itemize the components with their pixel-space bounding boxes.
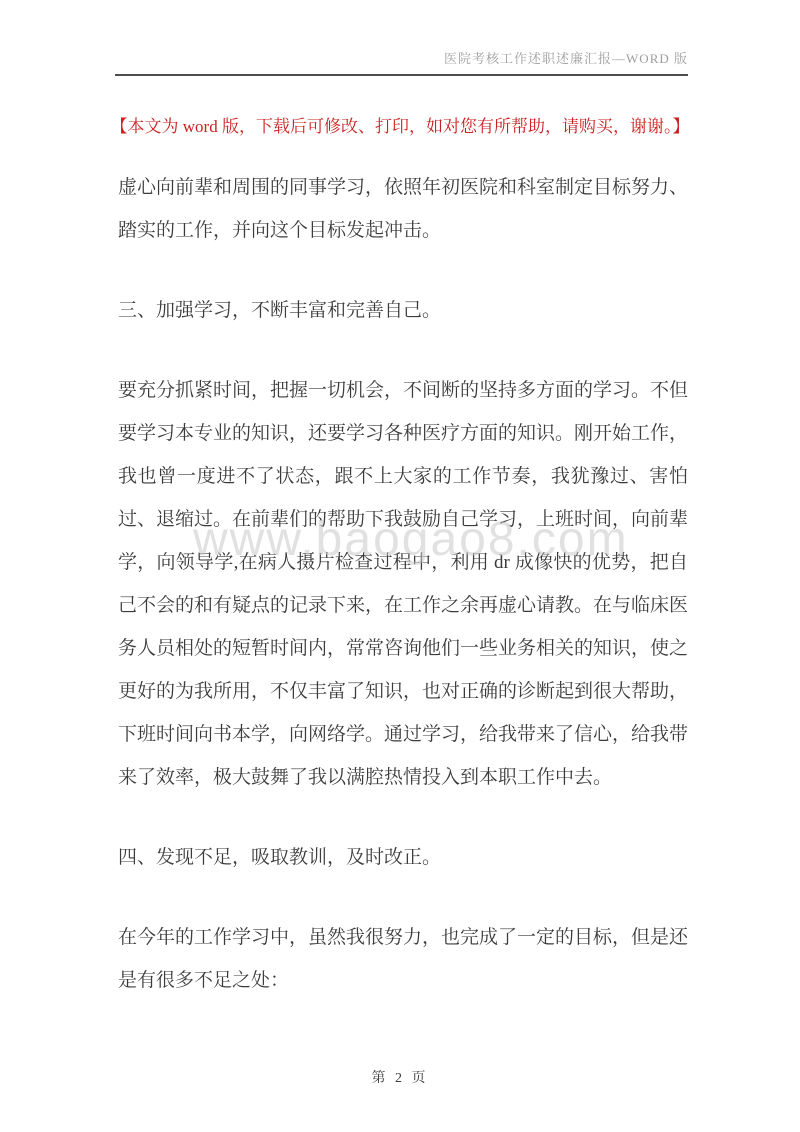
document-body: 虚心向前辈和周围的同事学习，依照年初医院和科室制定目标努力、踏实的工作，并向这个… [118,166,688,1039]
document-page: 医院考核工作述职述廉汇报—WORD 版 【本文为 word 版，下载后可修改、打… [0,0,800,1132]
copyright-notice: 【本文为 word 版，下载后可修改、打印，如对您有所帮助，请购买，谢谢。】 [100,112,700,137]
paragraph-shortcomings: 在今年的工作学习中，虽然我很努力，也完成了一定的目标，但是还是有很多不足之处： [118,916,688,1002]
page-number: 第 2 页 [372,1071,429,1086]
section-heading-four: 四、发现不足，吸取教训，及时改正。 [118,836,688,879]
page-header: 医院考核工作述职述廉汇报—WORD 版 [115,48,688,76]
header-title: 医院考核工作述职述廉汇报—WORD 版 [444,51,688,66]
page-footer: 第 2 页 [0,1067,800,1087]
paragraph-learning: 要充分抓紧时间，把握一切机会，不间断的坚持多方面的学习。不但要学习本专业的知识，… [118,369,688,799]
section-heading-three: 三、加强学习，不断丰富和完善自己。 [118,289,688,332]
paragraph-intro: 虚心向前辈和周围的同事学习，依照年初医院和科室制定目标努力、踏实的工作，并向这个… [118,166,688,252]
